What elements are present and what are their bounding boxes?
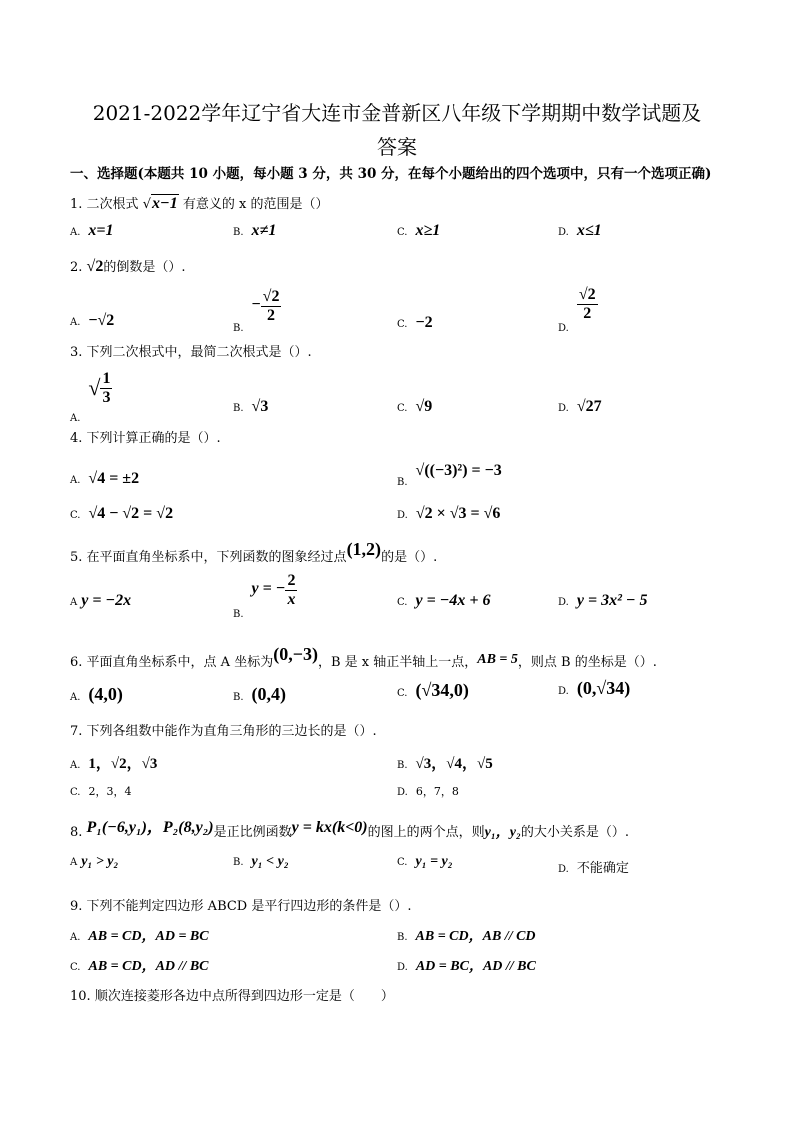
- option-value: y = 3x² − 5: [577, 592, 648, 609]
- option-value: √2 × √3 = √6: [416, 505, 501, 522]
- option-label: C.: [70, 787, 80, 798]
- option-5c: C.y = −4x + 6: [397, 592, 491, 610]
- question-number: 10.: [70, 989, 91, 1004]
- question-number: 2.: [70, 260, 82, 275]
- option-label: D.: [558, 597, 569, 608]
- question-text: 顺次连接菱形各边中点所得到四边形一定是（ ）: [95, 989, 394, 1004]
- option-label: D.: [397, 962, 408, 973]
- question-5: 5. 在平面直角坐标系中，下列函数的图象经过点(1,2)的是（）.: [70, 545, 437, 566]
- option-8c: C.y₁ = y₂: [397, 854, 453, 870]
- fraction: 2x: [285, 572, 297, 608]
- question-7: 7. 下列各组数中能作为直角三角形的三边长的是（）.: [70, 720, 377, 739]
- option-value: AB = CD，AD // BC: [88, 959, 208, 974]
- option-3b: B.√3: [233, 398, 268, 416]
- option-label: A.: [70, 227, 80, 238]
- option-label: B.: [397, 760, 408, 771]
- math-expression: (1,2): [347, 539, 382, 559]
- option-value: (0,√34): [577, 678, 630, 698]
- question-text: 是正比例函数: [214, 825, 292, 840]
- option-label: D.: [558, 403, 569, 414]
- question-text: ，B 是 x 轴正半轴上一点，: [318, 655, 477, 670]
- option-3d: D.√27: [558, 398, 602, 416]
- question-text: 的是（）.: [381, 550, 437, 565]
- option-6d: D.(0,√34): [558, 678, 630, 699]
- option-8a: Ay₁ > y₂: [70, 854, 118, 870]
- option-label: A.: [70, 317, 80, 328]
- option-7b: B.√3，√4，√5: [397, 752, 493, 773]
- option-5b: B.y = −2x: [233, 572, 297, 608]
- option-7c: C.2，3，4: [70, 783, 131, 799]
- math-expression: y = kx(k<0): [292, 819, 368, 836]
- question-8: 8. P₁(−6,y₁)，P₂(8,y₂)是正比例函数y = kx(k<0)的图…: [70, 818, 629, 841]
- option-value: 2，3，4: [88, 785, 131, 798]
- question-6: 6. 平面直角坐标系中，点 A 坐标为(0,−3)，B 是 x 轴正半轴上一点，…: [70, 650, 657, 671]
- option-label: D.: [397, 510, 408, 521]
- option-1d: D.x≤1: [558, 222, 602, 240]
- option-label: C.: [397, 857, 407, 868]
- option-label: B.: [233, 227, 244, 238]
- option-value: √9: [415, 398, 432, 415]
- option-label: C.: [397, 597, 407, 608]
- option-value: x≤1: [577, 222, 602, 239]
- option-label: A.: [70, 932, 80, 943]
- option-label: D.: [558, 686, 569, 697]
- option-9a: A.AB = CD，AD = BC: [70, 925, 209, 945]
- question-2: 2. √2的倒数是（）.: [70, 256, 185, 276]
- question-4: 4. 下列计算正确的是（）.: [70, 427, 221, 446]
- question-number: 3.: [70, 345, 82, 360]
- option-4d: D.√2 × √3 = √6: [397, 505, 500, 523]
- math-expression: P₁(−6,y₁)，P₂(8,y₂): [87, 819, 214, 836]
- option-8b: B.y₁ < y₂: [233, 854, 289, 870]
- question-number: 8.: [70, 825, 82, 840]
- option-label: C.: [397, 227, 407, 238]
- option-value: y = −2x: [81, 592, 131, 609]
- option-label: D.: [397, 787, 408, 798]
- sqrt-expression: √2: [87, 258, 104, 275]
- option-4a: A.√4 = ±2: [70, 470, 139, 488]
- option-label: B.: [397, 477, 408, 488]
- option-value: x≠1: [252, 222, 277, 239]
- sqrt-expression: √x−1: [143, 195, 179, 213]
- option-label: D.: [558, 323, 569, 334]
- question-3: 3. 下列二次根式中，最简二次根式是（）.: [70, 341, 312, 360]
- option-label: B.: [397, 932, 408, 943]
- question-text: 二次根式: [87, 197, 139, 212]
- option-label: C.: [70, 962, 80, 973]
- option-7a: A.1，√2，√3: [70, 752, 157, 773]
- option-7d: D.6，7，8: [397, 783, 459, 799]
- option-value: x≥1: [415, 222, 440, 239]
- option-label: C.: [397, 403, 407, 414]
- option-8d: D.不能确定: [558, 857, 629, 876]
- option-value: 6，7，8: [416, 785, 459, 798]
- question-text: 的倒数是（）.: [103, 260, 185, 275]
- option-value: y₁ < y₂: [252, 854, 289, 869]
- option-value: (0,4): [252, 684, 287, 704]
- question-number: 7.: [70, 724, 82, 739]
- option-value: √3，√4，√5: [416, 756, 493, 772]
- option-value: AD = BC，AD // BC: [416, 959, 536, 974]
- document-title-line1: 2021-2022学年辽宁省大连市金普新区八年级下学期期中数学试题及: [0, 97, 794, 126]
- question-text: 下列不能判定四边形 ABCD 是平行四边形的条件是（）.: [87, 899, 412, 914]
- question-text: 的图上的两个点，则: [368, 825, 485, 840]
- question-1: 1. 二次根式 √x−1 有意义的 x 的范围是（）: [70, 193, 328, 213]
- option-value: √((−3)²) = −3: [416, 462, 502, 479]
- option-value: 不能确定: [577, 861, 629, 876]
- question-number: 4.: [70, 431, 82, 446]
- math-expression: (0,−3): [273, 644, 318, 664]
- option-1b: B.x≠1: [233, 222, 276, 240]
- fraction: 13: [100, 370, 112, 406]
- question-text: 有意义的 x 的范围是（）: [183, 197, 329, 212]
- option-5a: Ay = −2x: [70, 592, 131, 610]
- document-title-line2: 答案: [0, 131, 794, 160]
- option-6b: B.(0,4): [233, 684, 286, 705]
- option-value: √4 = ±2: [88, 470, 139, 487]
- option-value: (√34,0): [415, 680, 468, 700]
- option-label: B.: [233, 857, 244, 868]
- question-text: 下列二次根式中，最简二次根式是（）.: [87, 345, 312, 360]
- question-text: 下列各组数中能作为直角三角形的三边长的是（）.: [87, 724, 377, 739]
- option-value: √27: [577, 398, 602, 415]
- option-6c: C.(√34,0): [397, 680, 469, 701]
- option-2b: B.−√22: [233, 288, 281, 324]
- option-label: A: [70, 597, 77, 608]
- question-text: 平面直角坐标系中，点 A 坐标为: [87, 655, 274, 670]
- option-9c: C.AB = CD，AD // BC: [70, 955, 209, 975]
- option-value: −√2: [88, 312, 114, 329]
- option-3a: A.√13: [70, 370, 112, 406]
- option-label: A.: [70, 692, 80, 703]
- option-2a: A.−√2: [70, 312, 114, 330]
- option-label: B.: [233, 692, 244, 703]
- option-value: y₁ > y₂: [81, 854, 118, 869]
- option-3c: C.√9: [397, 398, 432, 416]
- option-label: B.: [233, 403, 244, 414]
- option-value: √3: [252, 398, 269, 415]
- question-9: 9. 下列不能判定四边形 ABCD 是平行四边形的条件是（）.: [70, 895, 412, 914]
- question-number: 9.: [70, 899, 82, 914]
- option-4b: B.√((−3)²) = −3: [397, 462, 502, 480]
- question-number: 6.: [70, 655, 82, 670]
- option-2c: C.−2: [397, 314, 433, 332]
- option-9d: D.AD = BC，AD // BC: [397, 955, 536, 975]
- option-1a: A.x=1: [70, 222, 114, 240]
- option-9b: B.AB = CD，AB // CD: [397, 925, 536, 945]
- question-10: 10. 顺次连接菱形各边中点所得到四边形一定是（ ）: [70, 985, 394, 1004]
- option-6a: A.(4,0): [70, 684, 123, 705]
- option-value: 1，√2，√3: [88, 756, 157, 772]
- option-label: C.: [397, 319, 407, 330]
- fraction: √22: [577, 286, 598, 322]
- option-value: AB = CD，AB // CD: [416, 929, 536, 944]
- question-text: ，则点 B 的坐标是（）.: [518, 655, 657, 670]
- math-expression: y₁，y₂: [485, 825, 521, 840]
- option-value: y = −4x + 6: [415, 592, 490, 609]
- option-label: B.: [233, 323, 244, 334]
- question-text: 在平面直角坐标系中，下列函数的图象经过点: [87, 550, 347, 565]
- question-text: 的大小关系是（）.: [521, 825, 629, 840]
- option-label: C.: [397, 688, 407, 699]
- question-text: 下列计算正确的是（）.: [87, 431, 221, 446]
- option-value: √4 − √2 = √2: [88, 505, 173, 522]
- option-2d: D.√22: [558, 286, 598, 322]
- option-label: A: [70, 857, 77, 868]
- option-value: −2: [415, 314, 432, 331]
- option-5d: D.y = 3x² − 5: [558, 592, 648, 610]
- option-label: A.: [70, 413, 80, 424]
- option-value: (4,0): [88, 684, 123, 704]
- option-label: D.: [558, 227, 569, 238]
- option-label: C.: [70, 510, 80, 521]
- section-heading: 一、选择题(本题共 10 小题，每小题 3 分，共 30 分，在每个小题给出的四…: [70, 162, 711, 182]
- option-label: A.: [70, 760, 80, 771]
- option-4c: C.√4 − √2 = √2: [70, 505, 173, 523]
- option-value: x=1: [88, 222, 113, 239]
- question-number: 5.: [70, 550, 82, 565]
- math-expression: AB = 5: [477, 652, 518, 667]
- option-label: B.: [233, 609, 244, 620]
- fraction: √22: [261, 288, 282, 324]
- option-label: D.: [558, 864, 569, 875]
- option-value: AB = CD，AD = BC: [88, 929, 208, 944]
- question-number: 1.: [70, 197, 82, 212]
- math-expression: x−1: [151, 194, 179, 212]
- option-label: A.: [70, 475, 80, 486]
- option-value: y₁ = y₂: [415, 854, 452, 869]
- option-1c: C.x≥1: [397, 222, 440, 240]
